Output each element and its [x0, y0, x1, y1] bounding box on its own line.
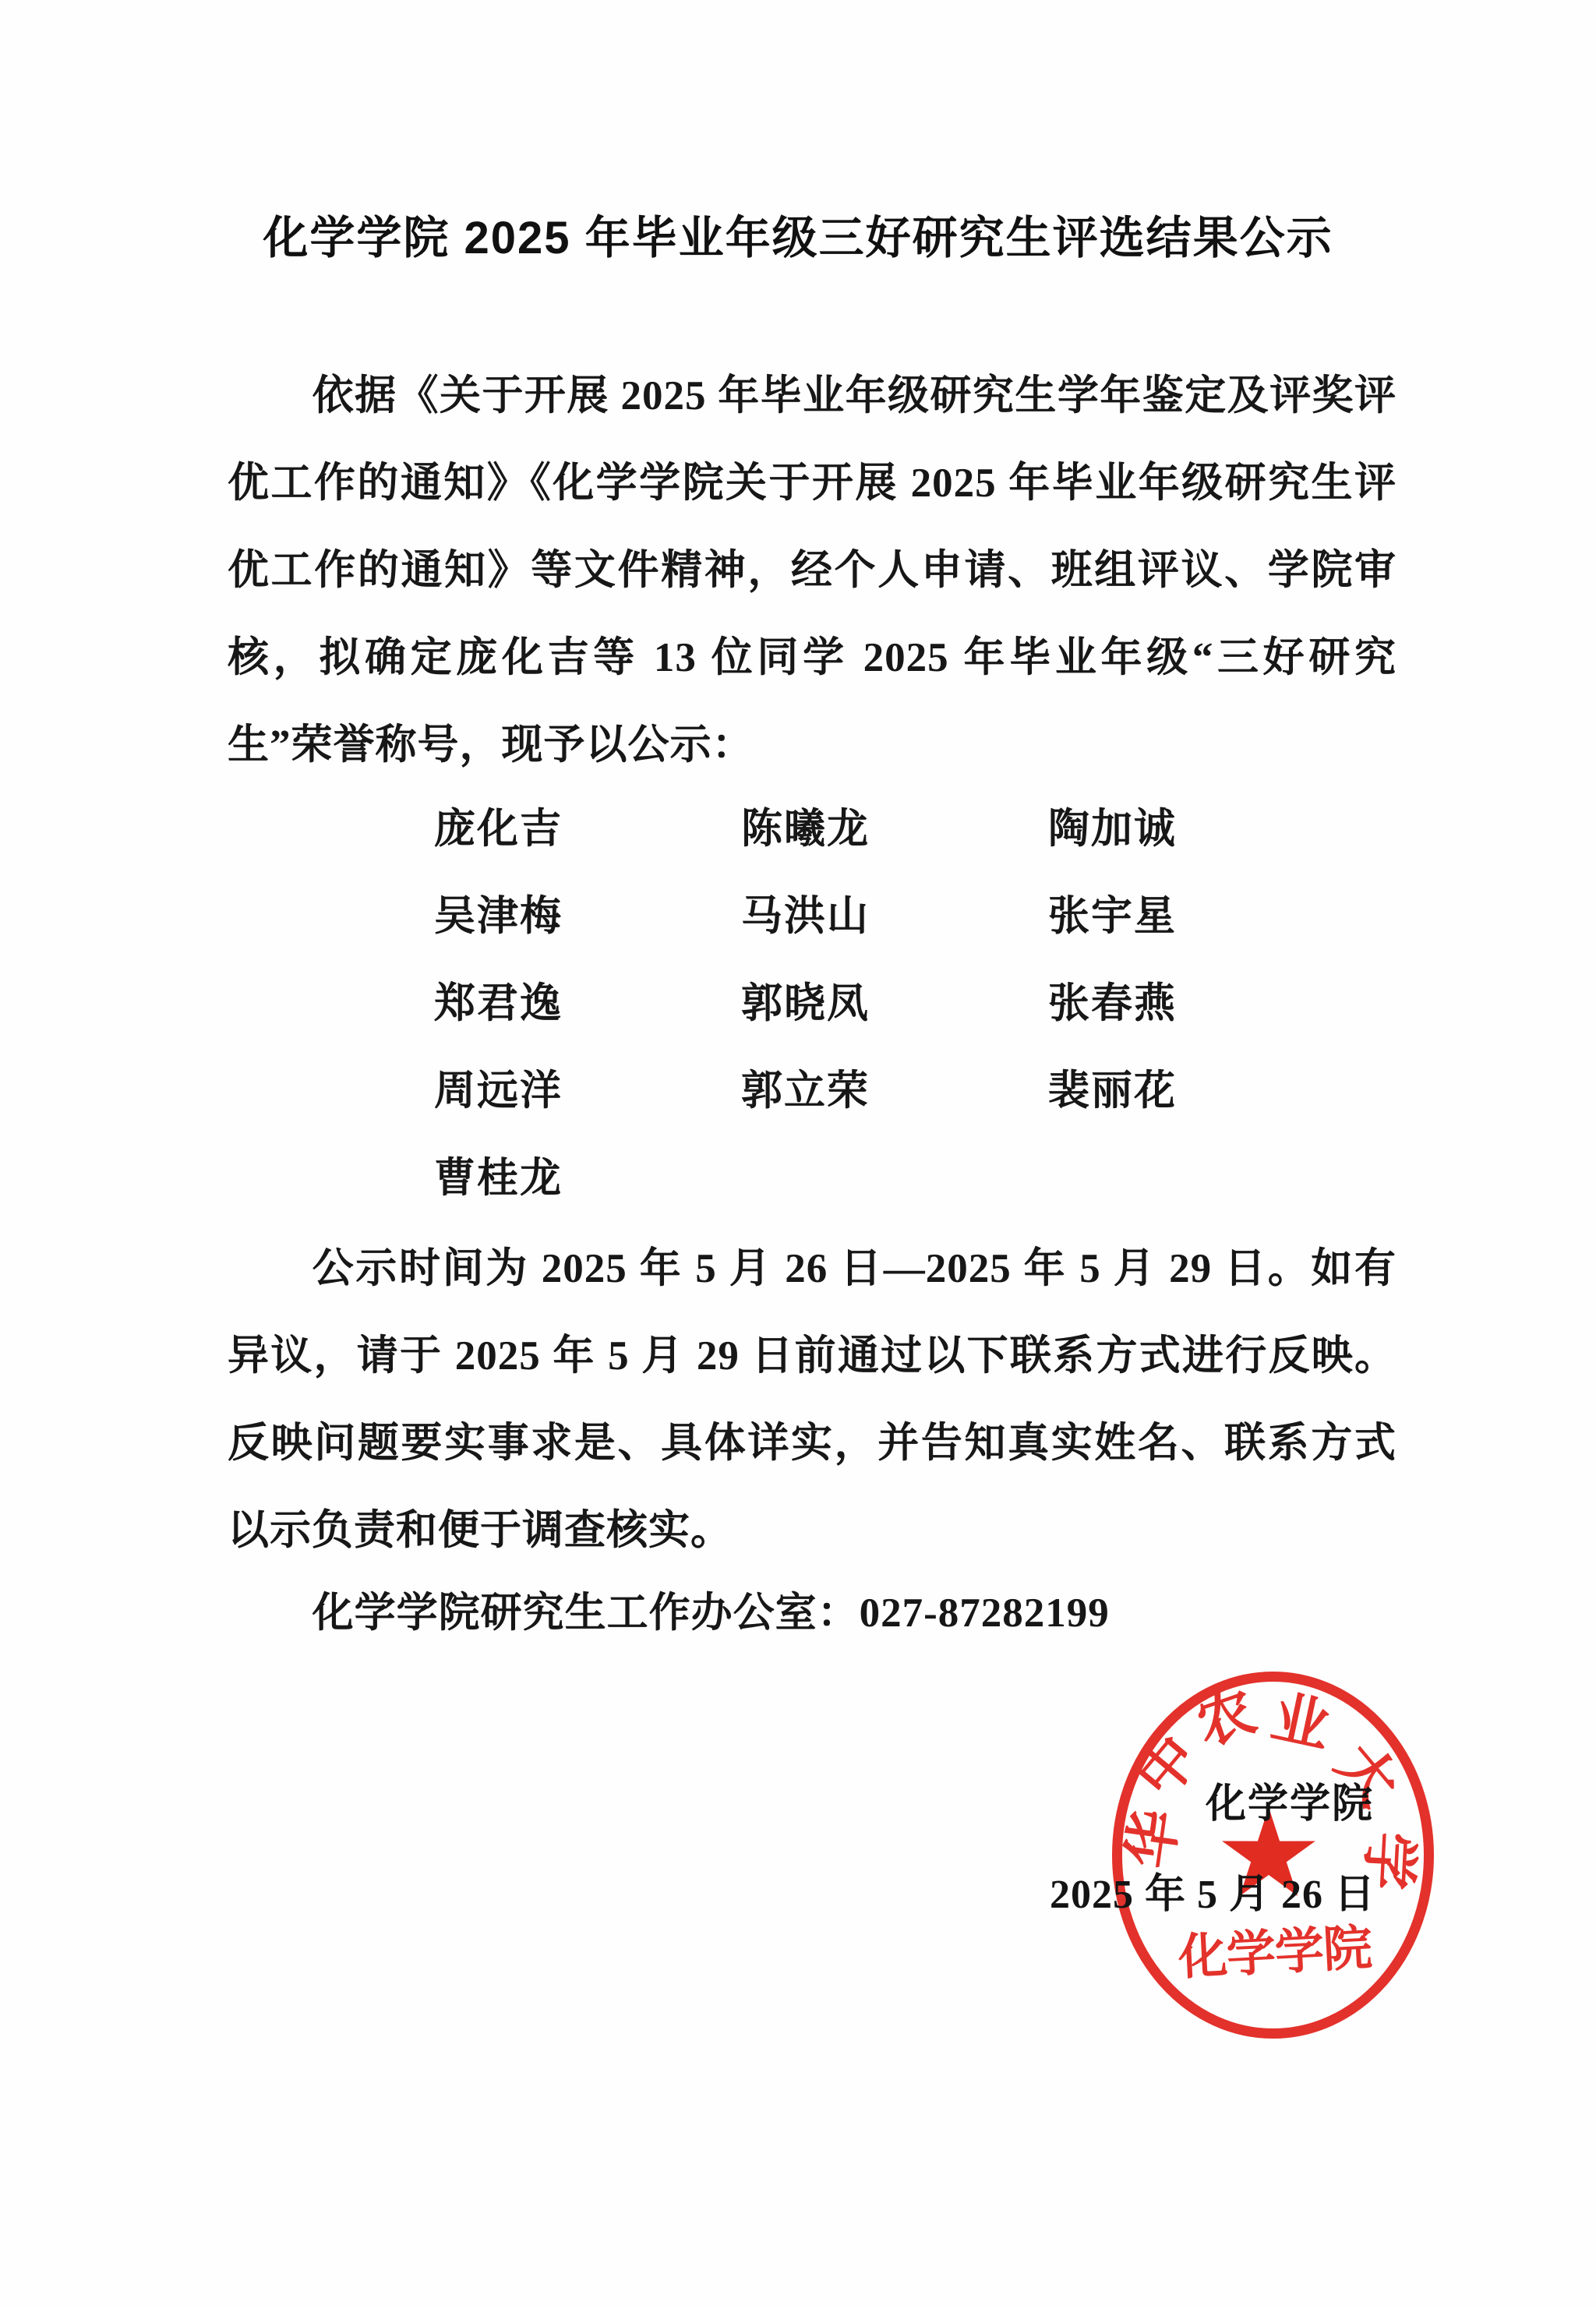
seal-ring-char: 业 — [1266, 1686, 1335, 1760]
honor-roll-row: 周远洋 郭立荣 裴丽花 — [228, 1047, 1396, 1135]
student-name: 郭晓凤 — [741, 960, 1048, 1047]
student-name: 庞化吉 — [434, 786, 741, 873]
honor-roll-row: 郑君逸 郭晓凤 张春燕 — [228, 960, 1396, 1047]
student-name: 裴丽花 — [1048, 1047, 1355, 1135]
student-name: 马洪山 — [741, 873, 1048, 960]
student-name: 吴津梅 — [434, 873, 741, 960]
document-page: 化学学院 2025 年毕业年级三好研究生评选结果公示 依据《关于开展 2025 … — [0, 0, 1596, 2309]
honor-roll-row: 吴津梅 马洪山 张宇星 — [228, 873, 1396, 960]
student-name: 郑君逸 — [434, 960, 741, 1047]
student-name: 曹桂龙 — [434, 1135, 741, 1222]
honor-roll-list: 庞化吉 陈曦龙 陶加诚 吴津梅 马洪山 张宇星 郑君逸 郭晓凤 张春燕 周远洋 … — [228, 786, 1396, 1222]
official-seal: 华 中 农 业 大 学 化学学院 — [1111, 1671, 1435, 2039]
student-name: 张宇星 — [1048, 873, 1355, 960]
student-name: 周远洋 — [434, 1047, 741, 1135]
honor-roll-row: 庞化吉 陈曦龙 陶加诚 — [228, 786, 1396, 873]
paragraph-notice: 公示时间为 2025 年 5 月 26 日—2025 年 5 月 29 日。如有… — [228, 1225, 1396, 1574]
student-name: 陈曦龙 — [741, 786, 1048, 873]
student-name: 陶加诚 — [1048, 786, 1355, 873]
seal-ring-char: 学 — [1354, 1831, 1421, 1891]
seal-ring-char: 华 — [1118, 1806, 1190, 1873]
seal-star — [1222, 1807, 1315, 1896]
seal-bottom-text: 化学学院 — [1176, 1921, 1373, 1986]
paragraph-intro: 依据《关于开展 2025 年毕业年级研究生学年鉴定及评奖评优工作的通知》《化学学… — [228, 352, 1396, 789]
seal-ring-char: 中 — [1125, 1725, 1211, 1809]
student-name: 郭立荣 — [741, 1047, 1048, 1135]
student-name: 张春燕 — [1048, 960, 1355, 1047]
seal-ring-char: 农 — [1188, 1679, 1264, 1758]
honor-roll-row: 曹桂龙 — [228, 1135, 1396, 1222]
page-title: 化学学院 2025 年毕业年级三好研究生评选结果公示 — [0, 201, 1596, 267]
contact-line: 化学学院研究生工作办公室：027-87282199 — [228, 1569, 1396, 1657]
